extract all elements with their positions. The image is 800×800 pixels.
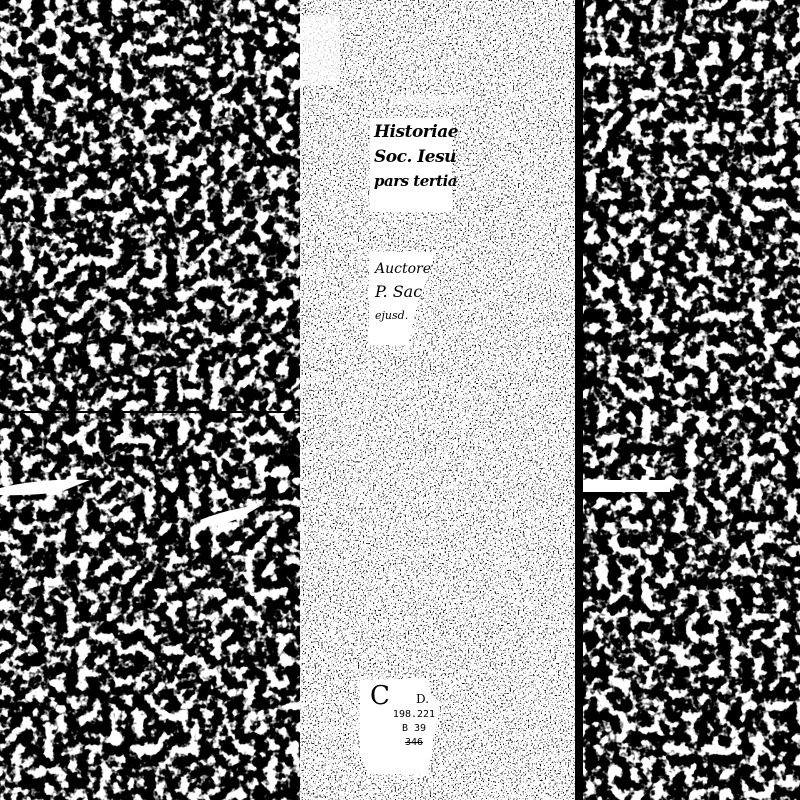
title-line-3: pars tertia	[374, 174, 450, 189]
shelfmark-letter: C	[370, 684, 440, 708]
marbled-cover-right	[575, 0, 800, 800]
marble-texture	[575, 0, 800, 800]
marbled-cover-left	[0, 0, 300, 800]
shelfmark-sub: D.	[416, 692, 429, 706]
title-label: Historiae Soc. Iesu pars tertia	[370, 118, 452, 212]
book-spine: Historiae Soc. Iesu pars tertia Auctore …	[300, 0, 575, 800]
book-photo: Historiae Soc. Iesu pars tertia Auctore …	[0, 0, 800, 800]
title-line-1: Historiae	[374, 124, 450, 141]
marble-texture	[0, 0, 300, 800]
shelfmark-label: C D. 198.221 B 39 346	[360, 678, 440, 774]
shelfmark-number-1: 198.221	[384, 708, 444, 722]
title-line-2: Soc. Iesu	[374, 149, 450, 166]
